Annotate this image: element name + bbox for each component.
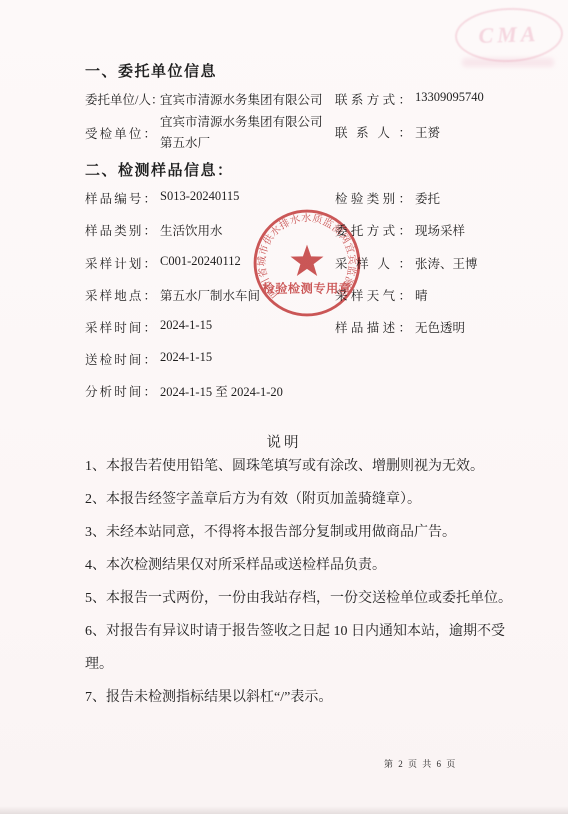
row-analysis-time: 分析时间：2024-1-15 至 2024-1-20 [85,382,525,404]
field-label: 采样地点： [85,286,156,304]
field-label: 送检时间： [85,350,156,368]
row-delivery-time: 送检时间：2024-1-15 [85,350,525,372]
field-value-right: 无色透明 [415,321,465,335]
contact-method-label: 联系方式： [335,90,411,108]
contact-method-value: 13309095740 [415,90,484,104]
row-sampling-time: 采样时间：2024-1-15 样品描述：无色透明 [85,318,525,340]
field-value: 2024-1-15 [160,318,212,332]
contact-person-label: 联系人： [335,123,411,141]
field-value: 2024-1-15 至 2024-1-20 [160,385,283,399]
client-row: 委托单位/人：宜宾市清源水务集团有限公司 联系方式：13309095740 [85,90,525,112]
field-value-right: 晴 [415,289,428,303]
contact-person-pair: 联系人：王赟 [335,123,440,141]
field-label: 采样时间： [85,318,156,336]
contact-method-pair: 联系方式：13309095740 [335,90,484,108]
field-value: C001-20240112 [160,254,241,268]
seal-title-text: 检验检测专用章 [263,281,352,296]
field-label: 样品类别： [85,221,156,239]
client-label: 委托单位/人： [85,90,156,108]
scan-bottom-edge [0,806,568,814]
inspected-unit-row: 受检单位： 宜宾市清源水务集团有限公司 第五水厂 联系人：王赟 [85,110,525,156]
field-value-right: 委托 [415,192,440,206]
inspected-unit-value-line1: 宜宾市清源水务集团有限公司 [160,112,323,133]
cma-stamp-number-smudge [462,58,554,67]
sample-info-section-title: 二、检测样品信息： [85,159,234,180]
field-label: 分析时间： [85,382,156,400]
field-label-right: 样品描述： [335,318,411,336]
page-number: 第 2 页 共 6 页 [384,757,457,770]
field-label-right: 检验类别： [335,189,411,207]
client-info-section-title: 一、委托单位信息 [85,60,217,81]
note-item: 5、本报告一式两份，一份由我站存档，一份交送检单位或委托单位。 [85,582,521,615]
field-value: 第五水厂制水车间 [160,289,260,303]
cma-stamp-text: CMA [478,21,540,49]
client-value: 宜宾市清源水务集团有限公司 [160,93,323,107]
note-item: 4、本次检测结果仅对所采样品或送检样品负责。 [85,549,521,582]
contact-person-value: 王赟 [415,126,440,140]
notes-list: 1、本报告若使用铅笔、圆珠笔填写或有涂改、增删则视为无效。 2、本报告经签字盖章… [85,450,521,714]
report-page: CMA 一、委托单位信息 委托单位/人：宜宾市清源水务集团有限公司 联系方式：1… [0,0,568,814]
inspected-unit-label: 受检单位： [85,124,156,142]
field-value: S013-20240115 [160,189,239,203]
note-item: 6、对报告有异议时请于报告签收之日起 10 日内通知本站，逾期不受理。 [85,615,521,681]
inspection-seal-stamp: 四川省城市供水排水水质监测网宜宾监测站 检验检测专用章 [251,207,363,319]
inspected-unit-value-line2: 第五水厂 [160,133,323,154]
note-item: 3、未经本站同意，不得将本报告部分复制或用做商品广告。 [85,516,521,549]
note-item: 7、报告未检测指标结果以斜杠“/”表示。 [85,681,521,714]
notes-title: 说明 [0,431,568,452]
note-item: 2、本报告经签字盖章后方为有效（附页加盖骑缝章）。 [85,483,521,516]
field-value: 2024-1-15 [160,350,212,364]
field-value: 生活饮用水 [160,224,223,238]
star-icon [291,245,324,276]
note-item: 1、本报告若使用铅笔、圆珠笔填写或有涂改、增删则视为无效。 [85,450,521,483]
inspected-unit-value: 宜宾市清源水务集团有限公司 第五水厂 [160,112,323,154]
field-value-right: 现场采样 [415,224,465,238]
field-label: 采样计划： [85,254,156,272]
cma-accreditation-stamp: CMA [454,6,564,64]
inspection-seal: 四川省城市供水排水水质监测网宜宾监测站 检验检测专用章 [251,207,363,319]
field-label: 样品编号： [85,189,156,207]
field-value-right: 张涛、王博 [415,257,478,271]
